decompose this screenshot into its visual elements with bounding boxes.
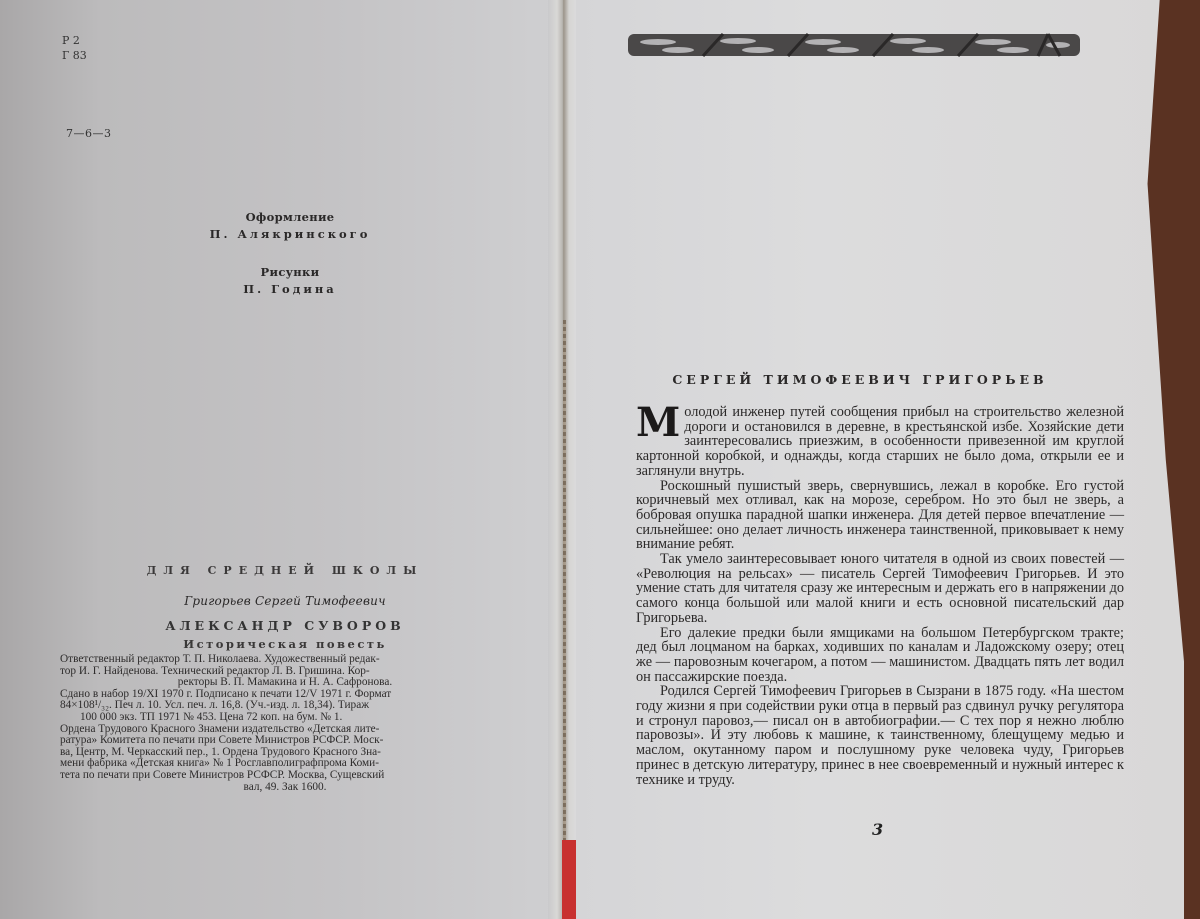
credit-illustrations: Рисунки П. Година [180, 265, 400, 296]
rope-ornament-icon [628, 30, 1080, 60]
catalog-line-1: Р 2 [62, 33, 87, 48]
book-spread: Р 2 Г 83 7—6—3 Оформление П. Алякринског… [0, 0, 1200, 919]
catalog-index: Р 2 Г 83 [62, 33, 87, 63]
paragraph: Молодой инженер путей сообщения прибыл н… [636, 405, 1124, 479]
credit-role: Рисунки [180, 265, 400, 279]
paragraph: Так умело заинтересовывает юного читател… [636, 552, 1124, 626]
left-page: Р 2 Г 83 7—6—3 Оформление П. Алякринског… [0, 0, 556, 919]
imprint-line: вал, 49. Зак 1600. [60, 782, 510, 794]
book-title: АЛЕКСАНДР СУВОРОВ [60, 618, 510, 633]
imprint-line: 100 000 экз. ТП 1971 № 453. Цена 72 коп.… [60, 712, 510, 724]
title-imprint-block: ДЛЯ СРЕДНЕЙ ШКОЛЫ Григорьев Сергей Тимоф… [60, 564, 510, 793]
catalog-line-2: Г 83 [62, 48, 87, 63]
imprint-line: Ответственный редактор Т. П. Николаева. … [60, 654, 510, 666]
series-label: ДЛЯ СРЕДНЕЙ ШКОЛЫ [60, 564, 510, 577]
imprint-text: Ответственный редактор Т. П. Николаева. … [60, 654, 510, 793]
author-name: Григорьев Сергей Тимофеевич [60, 594, 510, 608]
paragraph-text: олодой инженер путей сообщения прибыл на… [636, 404, 1124, 479]
credit-design: Оформление П. Алякринского [180, 210, 400, 241]
spine-stitching [563, 320, 566, 840]
chapter-heading: СЕРГЕЙ ТИМОФЕЕВИЧ ГРИГОРЬЕВ [640, 372, 1080, 387]
page-number: 3 [872, 820, 883, 839]
body-text: Молодой инженер путей сообщения прибыл н… [636, 405, 1124, 787]
paragraph: Родился Сергей Тимофеевич Григорьев в Сы… [636, 684, 1124, 787]
imprint-line: тета по печати при Совете Министров РСФС… [60, 770, 510, 782]
credit-role: Оформление [180, 210, 400, 224]
catalog-code: 7—6—3 [66, 127, 112, 140]
imprint-line: ратура» Комитета по печати при Совете Ми… [60, 735, 510, 747]
drop-cap: М [636, 407, 680, 438]
book-subtitle: Историческая повесть [60, 637, 510, 651]
credit-name: П. Година [180, 282, 400, 296]
paragraph: Роскошный пушистый зверь, свернувшись, л… [636, 479, 1124, 553]
paragraph: Его далекие предки были ямщиками на боль… [636, 626, 1124, 685]
credit-name: П. Алякринского [180, 227, 400, 241]
bookmark-ribbon [562, 840, 576, 919]
